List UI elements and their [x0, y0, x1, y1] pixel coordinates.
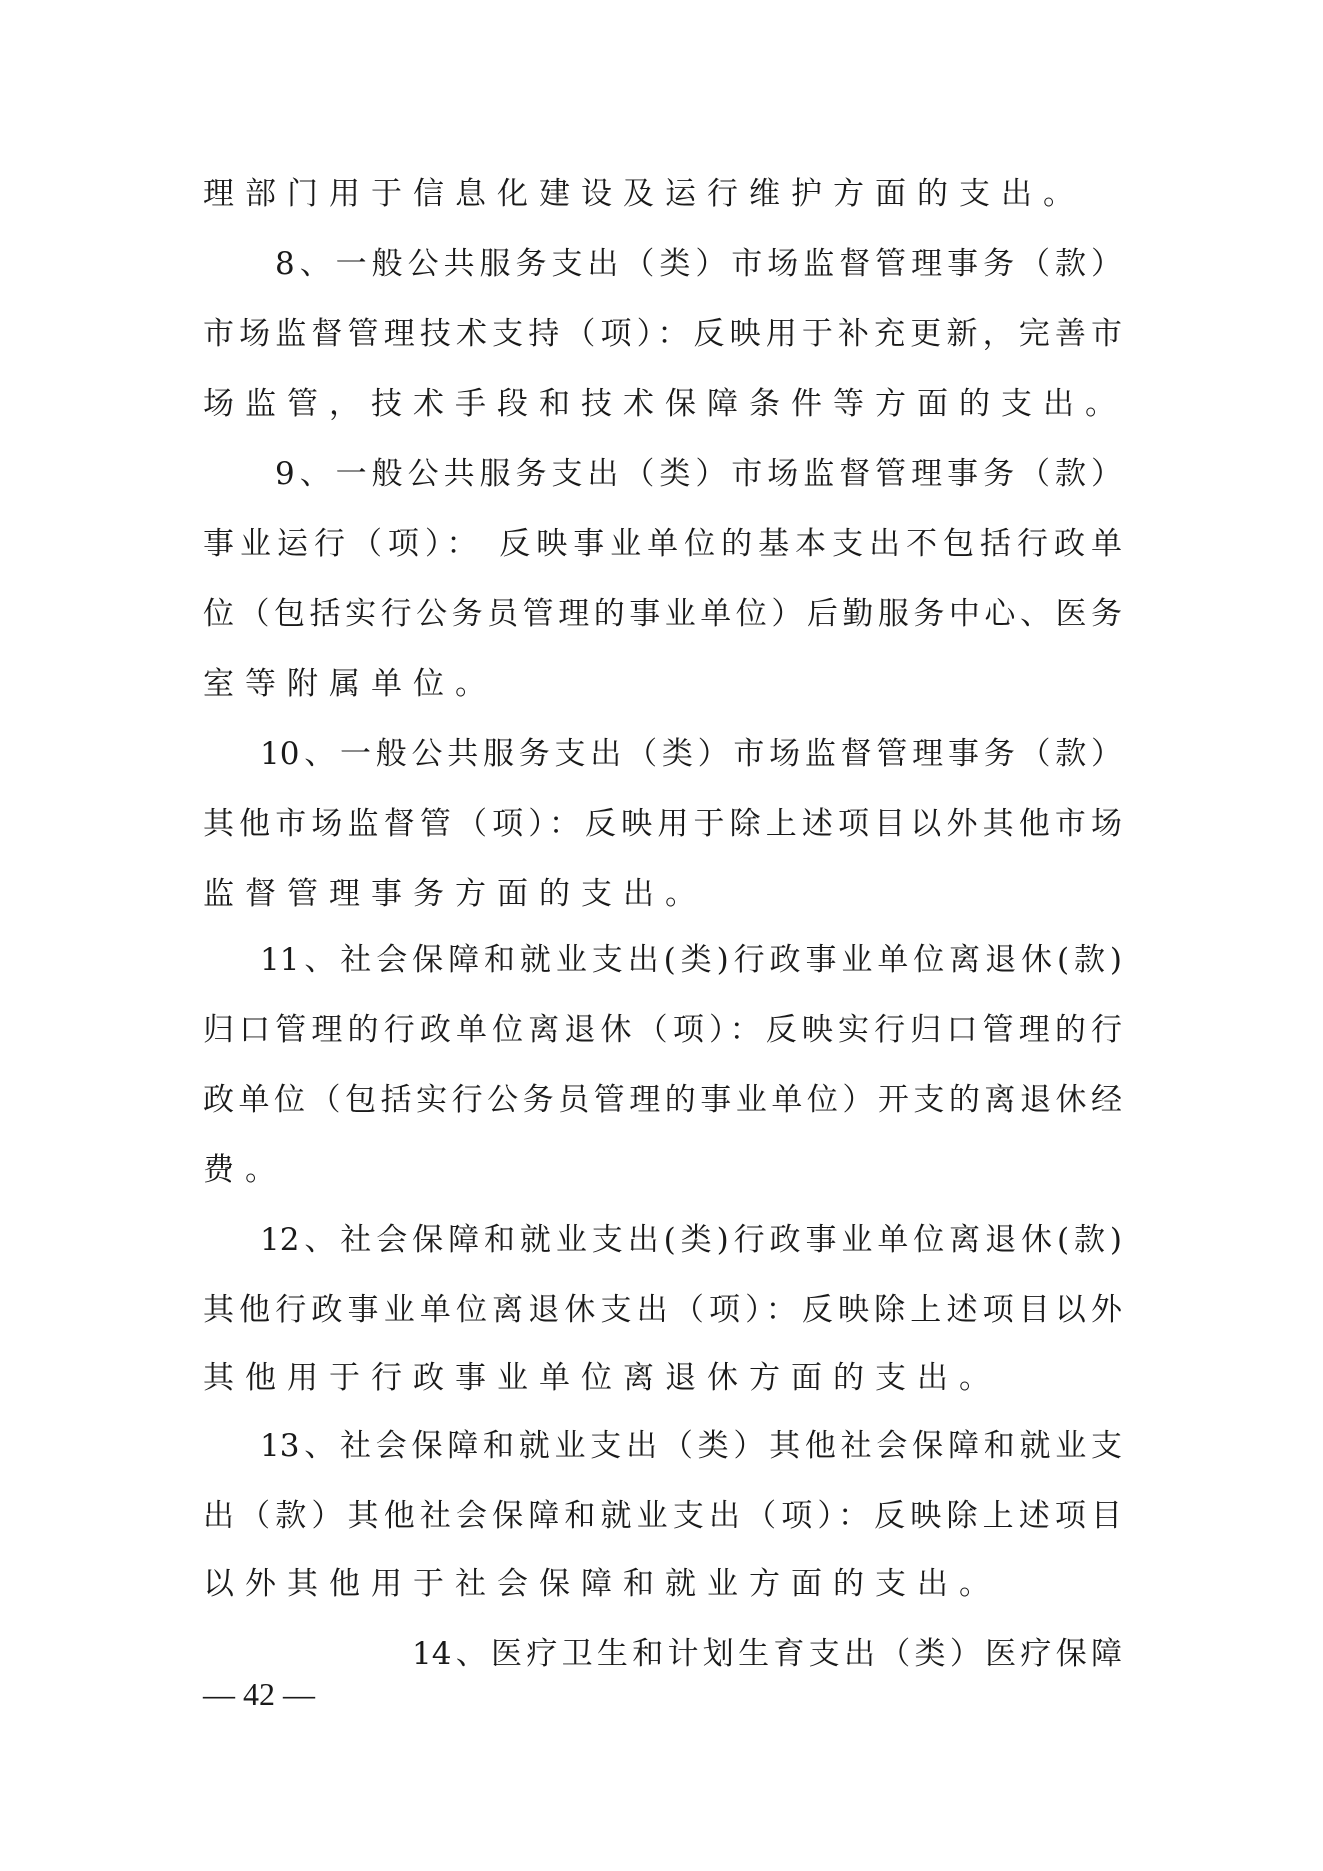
text-line-15: 费。	[203, 1152, 287, 1188]
text-line-3: 市场监督管理技术支持（项）：反映用于补充更新，完善市	[203, 316, 1122, 352]
text-line-14: 政单位（包括实行公务员管理的事业单位）开支的离退休经	[203, 1082, 1122, 1118]
text-line-6: 事业运行（项）： 反映事业单位的基本支出不包括行政单	[203, 526, 1122, 562]
text-line-18: 其他用于行政事业单位离退休方面的支出。	[203, 1360, 1001, 1396]
document-page: 理部门用于信息化建设及运行维护方面的支出。 8、一般公共服务支出（类）市场监督管…	[0, 0, 1323, 1871]
text-line-17: 其他行政事业单位离退休支出（项）：反映除上述项目以外	[203, 1292, 1122, 1328]
text-line-2: 8、一般公共服务支出（类）市场监督管理事务（款）	[275, 246, 1122, 282]
text-line-12: 11、社会保障和就业支出(类)行政事业单位离退休(款)	[260, 942, 1122, 978]
page-number: — 42 —	[203, 1676, 315, 1712]
text-line-11: 监督管理事务方面的支出。	[203, 876, 707, 912]
text-line-8: 室等附属单位。	[203, 666, 497, 702]
text-line-1: 理部门用于信息化建设及运行维护方面的支出。	[203, 176, 1085, 212]
text-line-9: 10、一般公共服务支出（类）市场监督管理事务（款）	[260, 736, 1122, 772]
text-line-10: 其他市场监督管（项）：反映用于除上述项目以外其他市场	[203, 806, 1122, 842]
text-line-16: 12、社会保障和就业支出(类)行政事业单位离退休(款)	[260, 1222, 1122, 1258]
text-line-20: 出（款）其他社会保障和就业支出（项）：反映除上述项目	[203, 1498, 1122, 1534]
text-line-19: 13、社会保障和就业支出（类）其他社会保障和就业支	[260, 1428, 1122, 1464]
text-line-13: 归口管理的行政单位离退休（项）：反映实行归口管理的行	[203, 1012, 1122, 1048]
text-line-21: 以外其他用于社会保障和就业方面的支出。	[203, 1566, 1001, 1602]
text-line-22: 14、医疗卫生和计划生育支出（类）医疗保障	[412, 1636, 1122, 1672]
text-line-4: 场监管，技术手段和技术保障条件等方面的支出。	[203, 386, 1127, 422]
text-line-5: 9、一般公共服务支出（类）市场监督管理事务（款）	[275, 456, 1122, 492]
text-line-7: 位（包括实行公务员管理的事业单位）后勤服务中心、医务	[203, 596, 1122, 632]
